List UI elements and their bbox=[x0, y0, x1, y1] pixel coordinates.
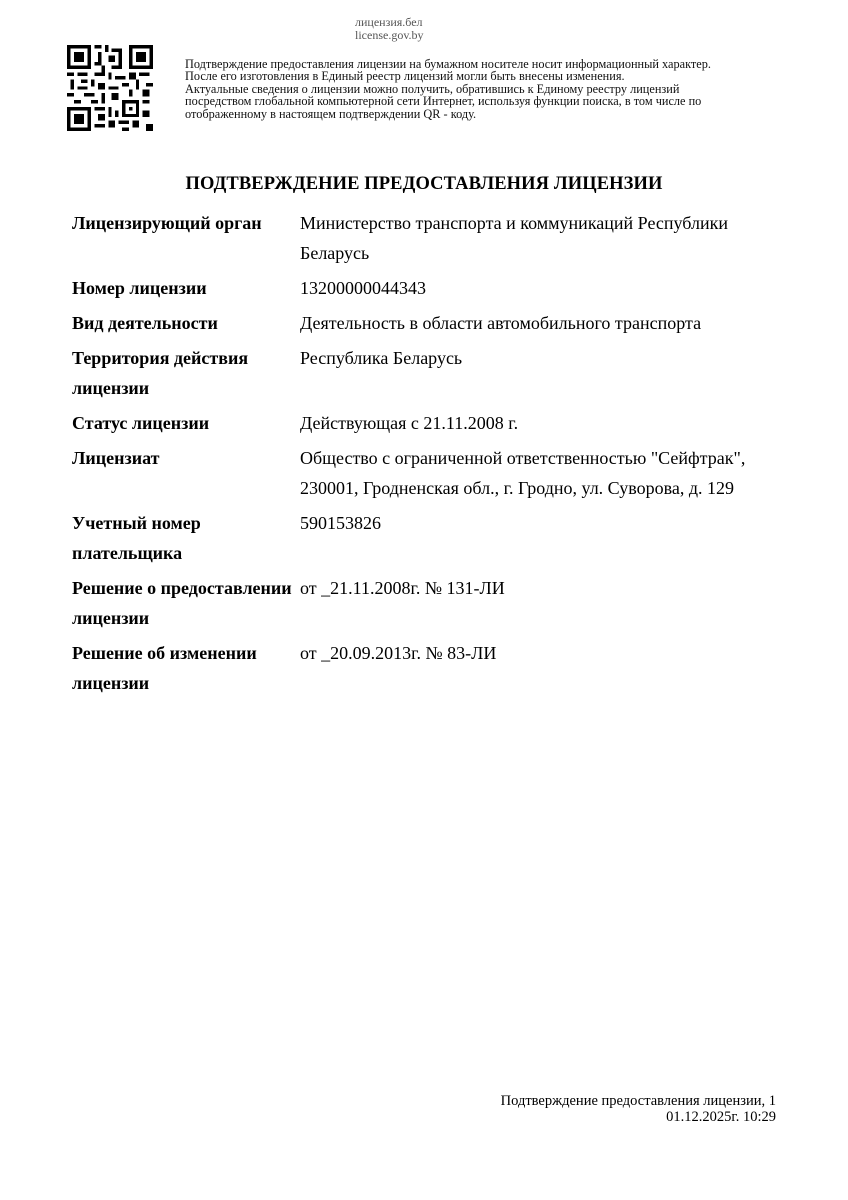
license-fields: Лицензирующий орган Министерство транспо… bbox=[72, 208, 792, 698]
field-value: 590153826 bbox=[300, 508, 792, 568]
paper-notice: Подтверждение предоставления лицензии на… bbox=[185, 58, 810, 120]
field-change-decision: Решение об изменении лицензии от _20.09.… bbox=[72, 638, 792, 698]
field-value: Общество с ограниченной ответственностью… bbox=[300, 443, 792, 503]
field-label: Вид деятельности bbox=[72, 308, 300, 338]
page-footer: Подтверждение предоставления лицензии, 1… bbox=[501, 1093, 776, 1125]
field-licensee: Лицензиат Общество с ограниченной ответс… bbox=[72, 443, 792, 503]
field-value: Деятельность в области автомобильного тр… bbox=[300, 308, 792, 338]
field-payer-number: Учетный номер плательщика 590153826 bbox=[72, 508, 792, 568]
field-value: Республика Беларусь bbox=[300, 343, 792, 403]
notice-line: отображенному в настоящем подтверждении … bbox=[185, 108, 810, 120]
site-link-gov-by[interactable]: license.gov.by bbox=[355, 29, 424, 42]
field-licensing-authority: Лицензирующий орган Министерство транспо… bbox=[72, 208, 792, 268]
field-label: Лицензиат bbox=[72, 443, 300, 503]
field-value: от _21.11.2008г. № 131-ЛИ bbox=[300, 573, 792, 633]
field-license-number: Номер лицензии 13200000044343 bbox=[72, 273, 792, 303]
footer-timestamp: 01.12.2025г. 10:29 bbox=[501, 1109, 776, 1125]
field-value: Действующая с 21.11.2008 г. bbox=[300, 408, 792, 438]
field-label: Решение о предоставлении лицензии bbox=[72, 573, 300, 633]
field-value: от _20.09.2013г. № 83-ЛИ bbox=[300, 638, 792, 698]
field-grant-decision: Решение о предоставлении лицензии от _21… bbox=[72, 573, 792, 633]
field-label: Лицензирующий орган bbox=[72, 208, 300, 268]
field-label: Статус лицензии bbox=[72, 408, 300, 438]
field-value: 13200000044343 bbox=[300, 273, 792, 303]
footer-page-label: Подтверждение предоставления лицензии, 1 bbox=[501, 1093, 776, 1109]
field-license-status: Статус лицензии Действующая с 21.11.2008… bbox=[72, 408, 792, 438]
site-links: лицензия.бел license.gov.by bbox=[355, 16, 424, 42]
notice-line: После его изготовления в Единый реестр л… bbox=[185, 70, 810, 82]
field-territory: Территория действия лицензии Республика … bbox=[72, 343, 792, 403]
field-label: Решение об изменении лицензии bbox=[72, 638, 300, 698]
field-activity-type: Вид деятельности Деятельность в области … bbox=[72, 308, 792, 338]
field-label: Учетный номер плательщика bbox=[72, 508, 300, 568]
document-title: ПОДТВЕРЖДЕНИЕ ПРЕДОСТАВЛЕНИЯ ЛИЦЕНЗИИ bbox=[0, 174, 848, 195]
notice-line: посредством глобальной компьютерной сети… bbox=[185, 95, 810, 107]
field-label: Территория действия лицензии bbox=[72, 343, 300, 403]
field-label: Номер лицензии bbox=[72, 273, 300, 303]
field-value: Министерство транспорта и коммуникаций Р… bbox=[300, 208, 792, 268]
qr-code-icon bbox=[67, 45, 153, 131]
